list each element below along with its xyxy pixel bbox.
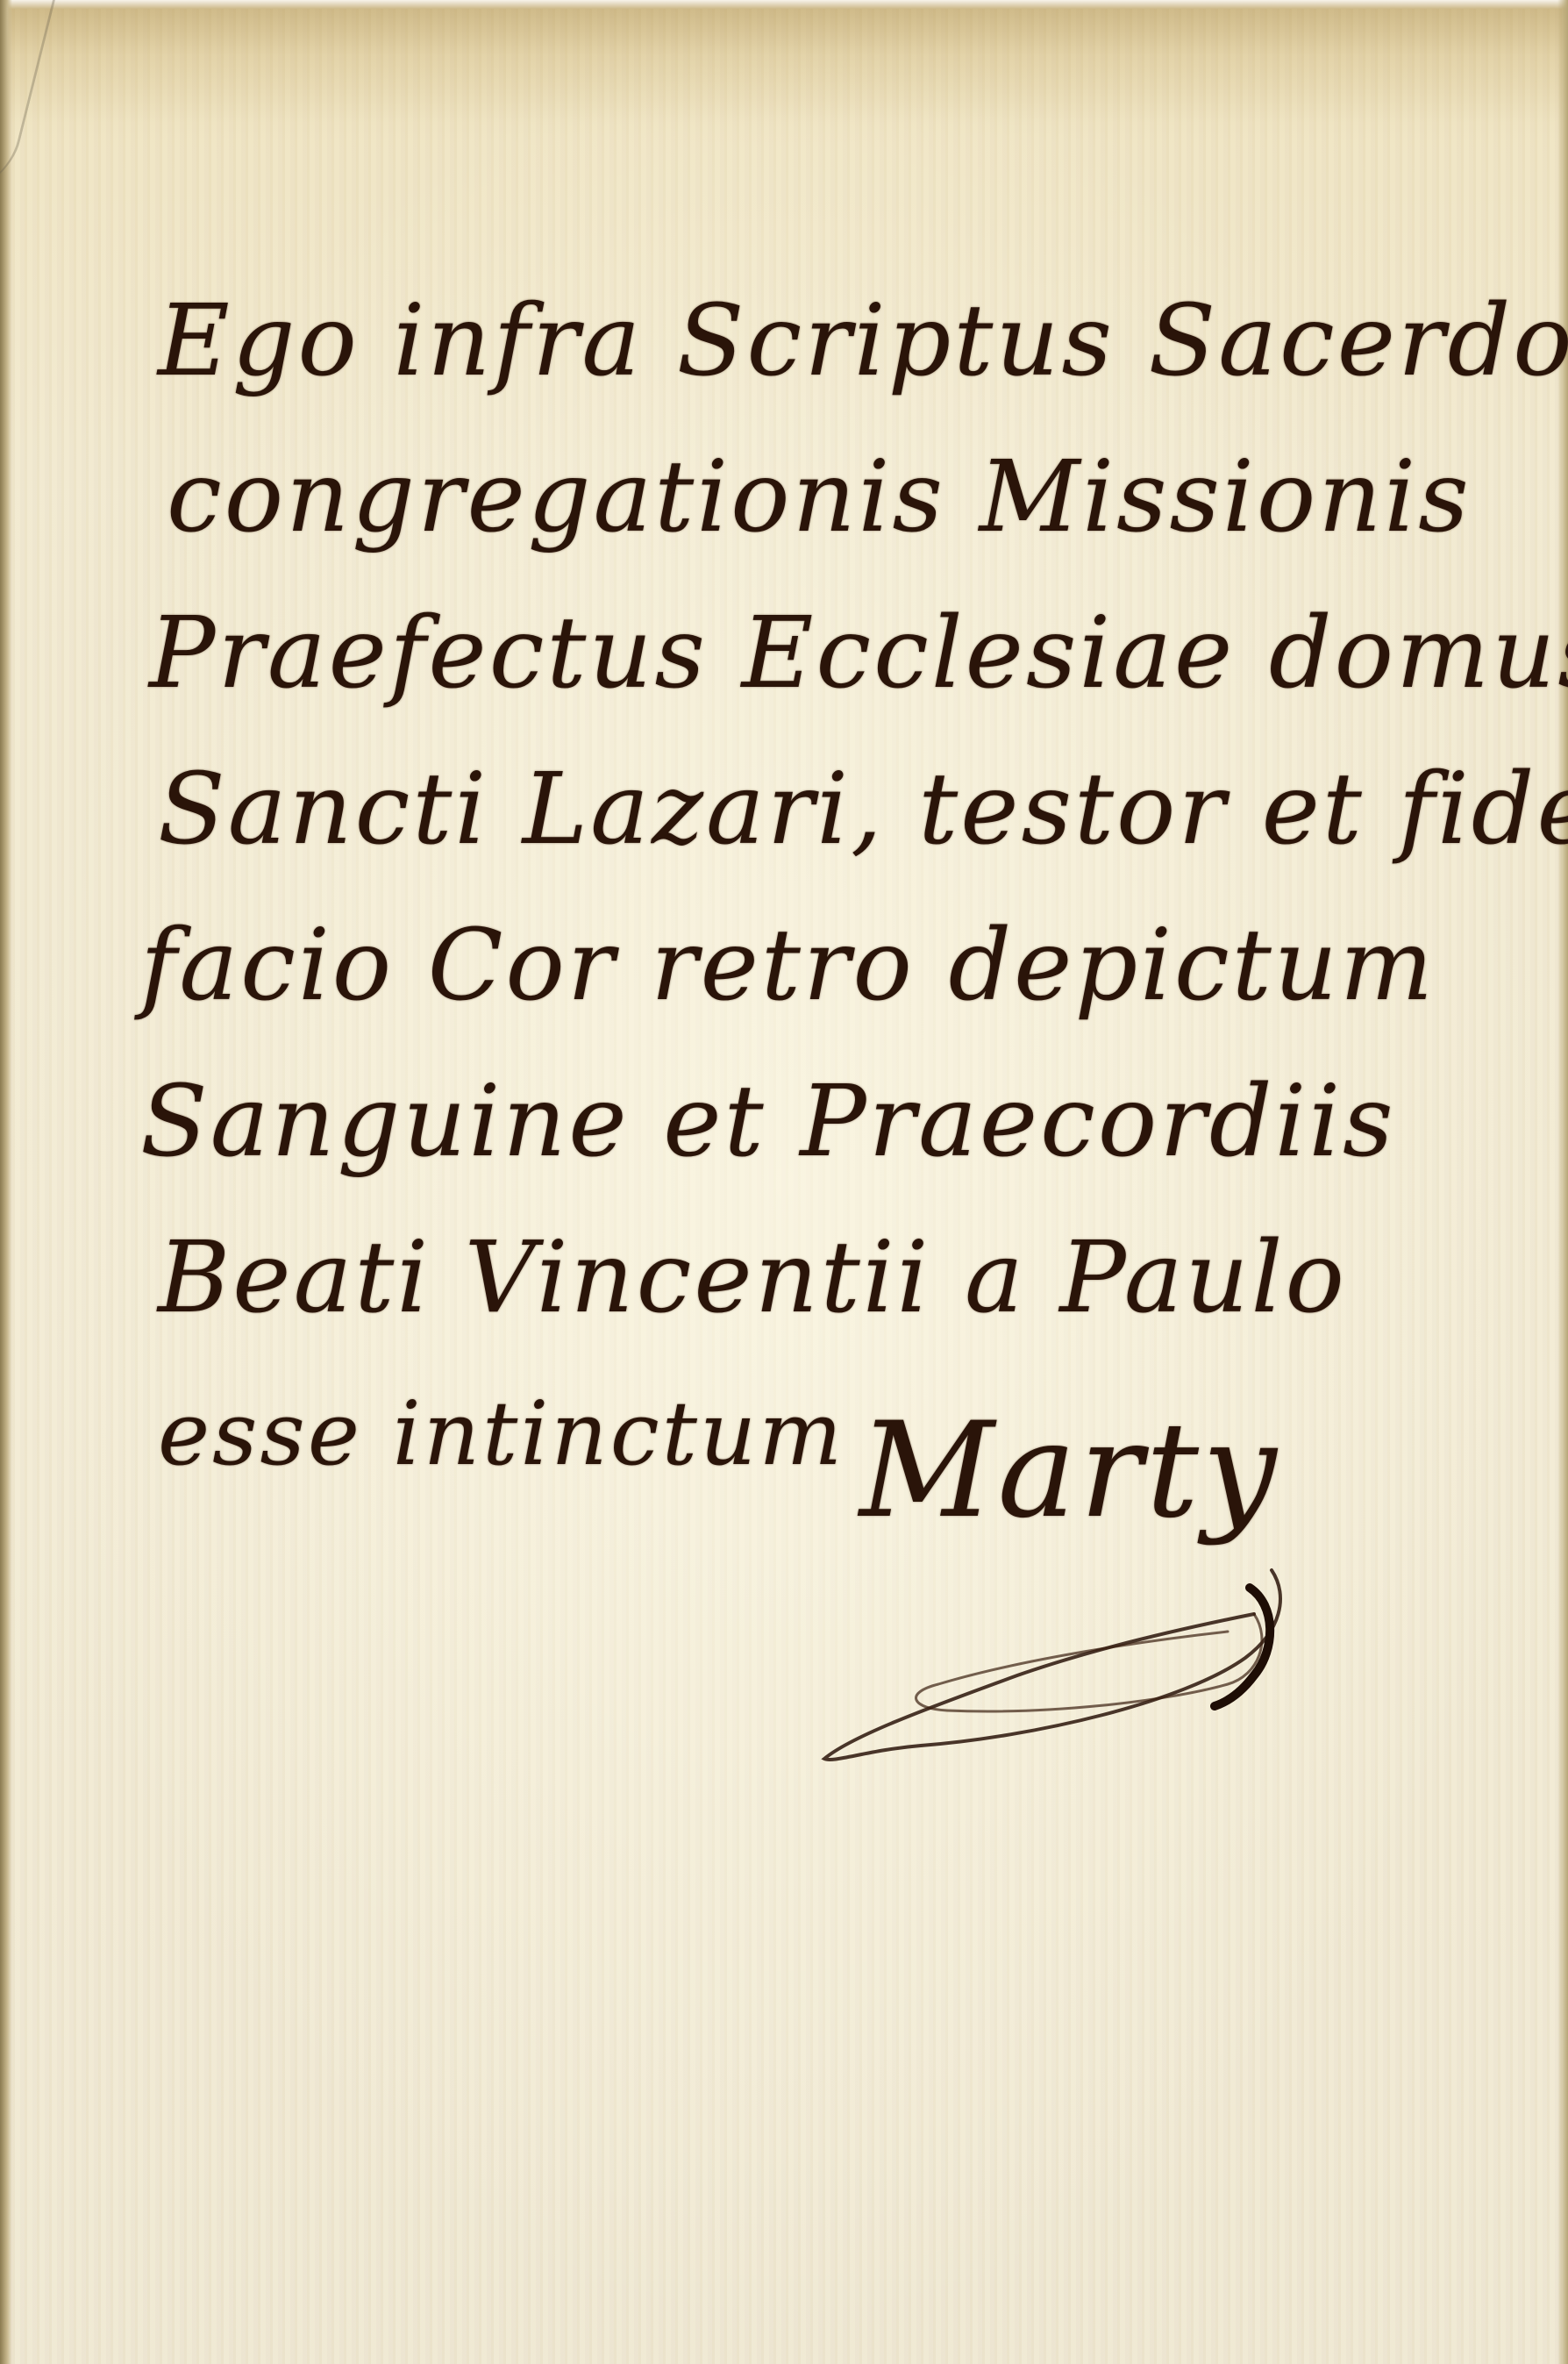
- paper-left-edge: [0, 0, 12, 2364]
- paper-top-edge: [0, 0, 1568, 9]
- signature-flourish-icon: [816, 1561, 1307, 1772]
- manuscript-page: Ego infra Scriptus Sacerdos congregation…: [0, 0, 1568, 2364]
- manuscript-line: Sancti Lazari, testor et fidem: [140, 732, 1456, 888]
- manuscript-line: facio Cor retro depictum: [140, 888, 1456, 1044]
- manuscript-line: Ego infra Scriptus Sacerdos: [140, 263, 1456, 419]
- signature: Marty: [859, 1395, 1280, 1547]
- paper-stain: [0, 0, 1568, 123]
- manuscript-line: Beati Vincentii a Paulo: [140, 1200, 1456, 1356]
- manuscript-line: Praefectus Ecclesiae domus: [140, 575, 1456, 732]
- manuscript-line: congregationis Missionis: [140, 419, 1456, 575]
- manuscript-line: Sanguine et Praecordiis: [140, 1044, 1456, 1200]
- manuscript-text: Ego infra Scriptus Sacerdos congregation…: [140, 263, 1456, 1512]
